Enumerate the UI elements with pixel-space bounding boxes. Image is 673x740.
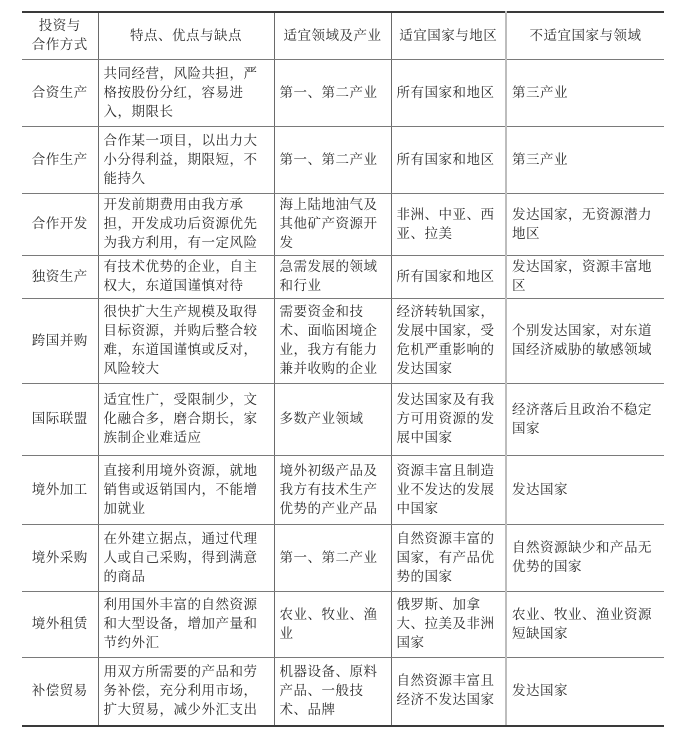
header-mode: 投资与 合作方式 — [22, 12, 98, 60]
cell-suitable-fields: 第一、第二产业 — [274, 525, 391, 592]
cell-mode: 合资生产 — [22, 60, 98, 127]
header-suitable-regions: 适宜国家与地区 — [391, 12, 506, 60]
cell-suitable-fields: 第一、第二产业 — [274, 127, 391, 194]
cell-suitable-regions: 发达国家及有我方可用资源的发展中国家 — [391, 384, 506, 456]
cell-mode: 合作生产 — [22, 127, 98, 194]
cell-mode: 国际联盟 — [22, 384, 98, 456]
cell-features: 共同经营，风险共担，严格按股份分红，容易进入，期限长 — [98, 60, 274, 127]
cell-features: 很快扩大生产规模及取得目标资源，并购后整合较难，东道国谨慎或反对，风险较大 — [98, 299, 274, 384]
header-unsuitable: 不适宜国家与领域 — [506, 12, 664, 60]
cell-features: 用双方所需要的产品和劳务补偿，充分利用市场，扩大贸易，减少外汇支出 — [98, 658, 274, 726]
cell-mode: 境外采购 — [22, 525, 98, 592]
cell-suitable-fields: 海上陆地油气及其他矿产资源开发 — [274, 194, 391, 256]
table-row: 国际联盟 适宜性广，受限制少，文化融合多，磨合期长，家族制企业难适应 多数产业领… — [22, 384, 664, 456]
cell-unsuitable: 个别发达国家，对东道国经济威胁的敏感领域 — [506, 299, 664, 384]
header-suitable-fields: 适宜领域及产业 — [274, 12, 391, 60]
cell-features: 有技术优势的企业，自主权大，东道国谨慎对待 — [98, 256, 274, 299]
cell-features: 利用国外丰富的自然资源和大型设备，增加产量和节约外汇 — [98, 592, 274, 658]
cell-unsuitable: 发达国家 — [506, 658, 664, 726]
cell-unsuitable: 发达国家，资源丰富地区 — [506, 256, 664, 299]
cell-unsuitable: 第三产业 — [506, 127, 664, 194]
table-row: 境外租赁 利用国外丰富的自然资源和大型设备，增加产量和节约外汇 农业、牧业、渔业… — [22, 592, 664, 658]
cell-suitable-regions: 所有国家和地区 — [391, 60, 506, 127]
table-row: 跨国并购 很快扩大生产规模及取得目标资源，并购后整合较难，东道国谨慎或反对，风险… — [22, 299, 664, 384]
header-features: 特点、优点与缺点 — [98, 12, 274, 60]
table-row: 独资生产 有技术优势的企业，自主权大，东道国谨慎对待 急需发展的领域和行业 所有… — [22, 256, 664, 299]
cell-unsuitable: 第三产业 — [506, 60, 664, 127]
cell-mode: 合作开发 — [22, 194, 98, 256]
table-row: 境外加工 直接利用境外资源，就地销售或返销国内，不能增加就业 境外初级产品及我方… — [22, 456, 664, 525]
cell-unsuitable: 自然资源缺少和产品无优势的国家 — [506, 525, 664, 592]
cell-suitable-fields: 机器设备、原料产品、一般技术、品牌 — [274, 658, 391, 726]
cell-unsuitable: 经济落后且政治不稳定国家 — [506, 384, 664, 456]
cell-suitable-fields: 需要资金和技术、面临困境企业，我方有能力兼并收购的企业 — [274, 299, 391, 384]
investment-modes-table: 投资与 合作方式 特点、优点与缺点 适宜领域及产业 适宜国家与地区 不适宜国家与… — [22, 11, 664, 727]
cell-features: 开发前期费用由我方承担，开发成功后资源优先为我方利用，有一定风险 — [98, 194, 274, 256]
cell-mode: 跨国并购 — [22, 299, 98, 384]
cell-unsuitable: 发达国家 — [506, 456, 664, 525]
cell-mode: 独资生产 — [22, 256, 98, 299]
table-row: 合作开发 开发前期费用由我方承担，开发成功后资源优先为我方利用，有一定风险 海上… — [22, 194, 664, 256]
cell-mode: 境外加工 — [22, 456, 98, 525]
cell-suitable-regions: 经济转轨国家，发展中国家，受危机严重影响的发达国家 — [391, 299, 506, 384]
table-header-row: 投资与 合作方式 特点、优点与缺点 适宜领域及产业 适宜国家与地区 不适宜国家与… — [22, 12, 664, 60]
header-mode-line1: 投资与 — [27, 17, 93, 36]
cell-suitable-fields: 多数产业领域 — [274, 384, 391, 456]
table-row: 补偿贸易 用双方所需要的产品和劳务补偿，充分利用市场，扩大贸易，减少外汇支出 机… — [22, 658, 664, 726]
cell-suitable-regions: 俄罗斯、加拿大、拉美及非洲国家 — [391, 592, 506, 658]
cell-unsuitable: 发达国家，无资源潜力地区 — [506, 194, 664, 256]
cell-mode: 境外租赁 — [22, 592, 98, 658]
table-row: 合作生产 合作某一项目，以出力大小分得利益，期限短，不能持久 第一、第二产业 所… — [22, 127, 664, 194]
cell-suitable-regions: 自然资源丰富的国家，有产品优势的国家 — [391, 525, 506, 592]
table-row: 合资生产 共同经营，风险共担，严格按股份分红，容易进入，期限长 第一、第二产业 … — [22, 60, 664, 127]
cell-suitable-regions: 资源丰富且制造业不发达的发展中国家 — [391, 456, 506, 525]
cell-suitable-fields: 第一、第二产业 — [274, 60, 391, 127]
cell-mode: 补偿贸易 — [22, 658, 98, 726]
cell-features: 合作某一项目，以出力大小分得利益，期限短，不能持久 — [98, 127, 274, 194]
cell-unsuitable: 农业、牧业、渔业资源短缺国家 — [506, 592, 664, 658]
cell-features: 直接利用境外资源，就地销售或返销国内，不能增加就业 — [98, 456, 274, 525]
cell-suitable-regions: 自然资源丰富且经济不发达国家 — [391, 658, 506, 726]
cell-suitable-regions: 所有国家和地区 — [391, 256, 506, 299]
cell-suitable-regions: 所有国家和地区 — [391, 127, 506, 194]
cell-suitable-fields: 急需发展的领域和行业 — [274, 256, 391, 299]
cell-features: 在外建立据点，通过代理人或自己采购，得到满意的商品 — [98, 525, 274, 592]
header-mode-line2: 合作方式 — [27, 36, 93, 55]
cell-features: 适宜性广，受限制少，文化融合多，磨合期长，家族制企业难适应 — [98, 384, 274, 456]
cell-suitable-fields: 农业、牧业、渔业 — [274, 592, 391, 658]
cell-suitable-fields: 境外初级产品及我方有技术生产优势的产业产品 — [274, 456, 391, 525]
cell-suitable-regions: 非洲、中亚、西亚、拉美 — [391, 194, 506, 256]
table-row: 境外采购 在外建立据点，通过代理人或自己采购，得到满意的商品 第一、第二产业 自… — [22, 525, 664, 592]
